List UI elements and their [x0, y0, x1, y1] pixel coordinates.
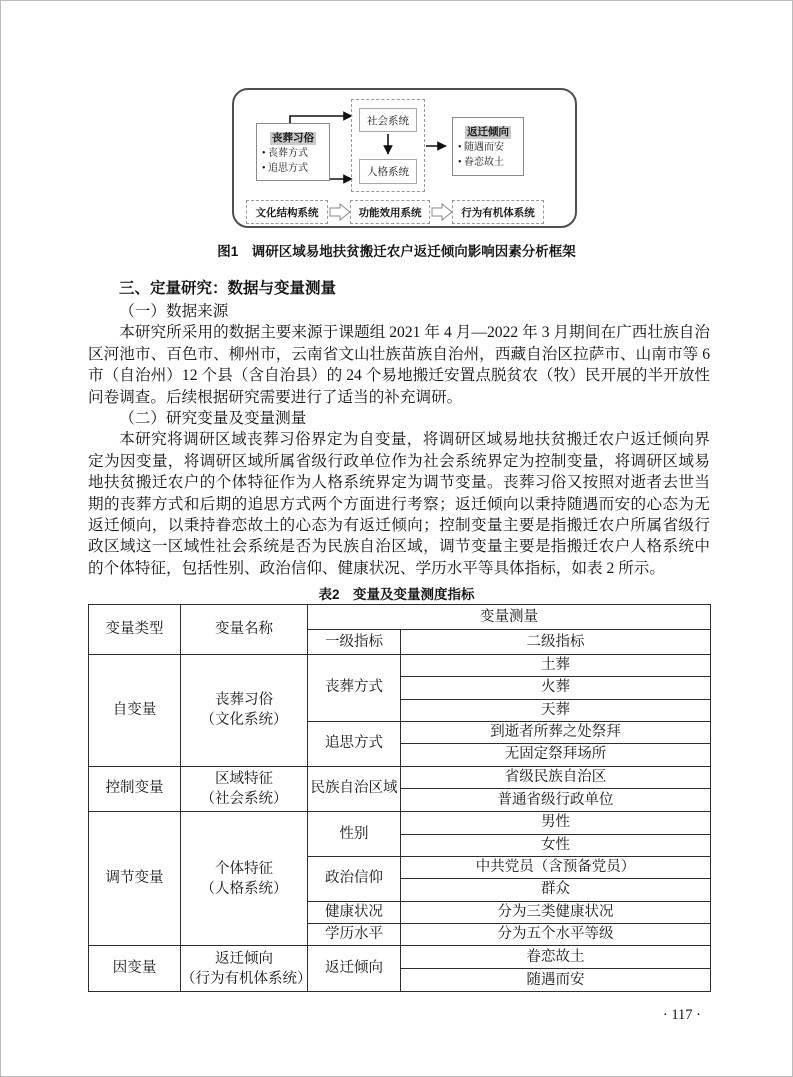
figure-box-title: 返迁倾向	[465, 126, 511, 139]
table-row: 控制变量 区域特征 （社会系统） 民族自治区域 省级民族自治区	[89, 766, 711, 789]
analysis-framework-figure: 丧葬习俗 丧葬方式 追思方式 社会系统 人格系统 返迁倾向 随遇而安 眷恋故土 …	[232, 88, 577, 228]
cell-indicator-level1: 政治信仰	[308, 856, 401, 901]
variable-name-line: 区域特征	[181, 769, 307, 789]
block-arrow-icon	[330, 204, 350, 220]
table-caption: 表2 变量及变量测度指标	[0, 583, 793, 603]
cell-indicator-level2: 到逝者所葬之处祭拜	[401, 721, 711, 743]
cell-indicator-level2: 分为五个水平等级	[401, 923, 711, 945]
cell-variable-name: 个体特征 （人格系统）	[181, 812, 308, 946]
arrow-custom-to-social	[290, 116, 352, 123]
cell-indicator-level2: 省级民族自治区	[401, 766, 711, 789]
variable-name-line: 个体特征	[181, 859, 307, 879]
cell-indicator-level2: 群众	[401, 879, 711, 901]
cell-indicator-level2: 无固定祭拜场所	[401, 744, 711, 766]
col-header-variable-type: 变量类型	[89, 605, 181, 655]
cell-indicator-level2: 女性	[401, 834, 711, 856]
cell-indicator-level1: 健康状况	[308, 901, 401, 923]
cell-indicator-level2: 随遇而安	[401, 969, 711, 992]
variable-name-line: （行为有机体系统）	[181, 969, 307, 989]
block-arrow-icon	[432, 204, 452, 220]
subsection-heading-variables: （二）研究变量及变量测量	[88, 408, 710, 429]
cell-variable-name: 区域特征 （社会系统）	[181, 766, 308, 812]
cell-indicator-level2: 火葬	[401, 677, 711, 699]
col-header-variable-measure: 变量测量	[308, 605, 711, 630]
figure-box-funeral-customs: 丧葬习俗 丧葬方式 追思方式	[256, 123, 330, 181]
section-heading: 三、定量研究：数据与变量测量	[88, 276, 741, 298]
figure-box-social-system: 社会系统	[359, 108, 417, 132]
figure-caption: 图1 调研区域易地扶贫搬迁农户返迁倾向影响因素分析框架	[0, 240, 793, 260]
body-text: （一）数据来源 本研究所采用的数据主要来源于课题组 2021 年 4 月—202…	[88, 301, 710, 579]
paper-page: 丧葬习俗 丧葬方式 追思方式 社会系统 人格系统 返迁倾向 随遇而安 眷恋故土 …	[0, 0, 793, 1077]
cell-indicator-level2: 中共党员（含预备党员）	[401, 856, 711, 878]
figure-bullet-item: 眷恋故土	[453, 155, 523, 170]
figure-bullet-item: 丧葬方式	[257, 146, 329, 161]
table-row: 自变量 丧葬习俗 （文化系统） 丧葬方式 土葬	[89, 655, 711, 677]
cell-indicator-level1: 丧葬方式	[308, 655, 401, 722]
cell-indicator-level1: 追思方式	[308, 721, 401, 766]
page-number: · 117 ·	[0, 1007, 701, 1024]
cell-indicator-level2: 分为三类健康状况	[401, 901, 711, 923]
cell-variable-type: 控制变量	[89, 766, 181, 812]
cell-indicator-level1: 性别	[308, 812, 401, 857]
figure-box-return-tendency: 返迁倾向 随遇而安 眷恋故土	[452, 117, 524, 176]
figure-bullet-item: 随遇而安	[453, 140, 523, 155]
cell-indicator-level2: 男性	[401, 812, 711, 834]
cell-variable-type: 因变量	[89, 946, 181, 992]
figure-box-behavioral-organism-system: 行为有机体系统	[452, 200, 544, 224]
variable-name-line: （文化系统）	[181, 710, 307, 730]
cell-indicator-level2: 普通省级行政单位	[401, 789, 711, 812]
col-header-level1: 一级指标	[308, 630, 401, 655]
cell-indicator-level1: 民族自治区域	[308, 766, 401, 812]
paragraph-variables: 本研究将调研区域丧葬习俗界定为自变量，将调研区域易地扶贫搬迁农户返迁倾向界定为因…	[88, 429, 710, 579]
cell-variable-type: 调节变量	[89, 812, 181, 946]
variable-name-line: 返迁倾向	[181, 949, 307, 969]
table-header-row: 变量类型 变量名称 变量测量	[89, 605, 711, 630]
cell-variable-name: 丧葬习俗 （文化系统）	[181, 655, 308, 767]
col-header-level2: 二级指标	[401, 630, 711, 655]
subsection-heading-data-source: （一）数据来源	[88, 301, 710, 322]
col-header-variable-name: 变量名称	[181, 605, 308, 655]
cell-variable-name: 返迁倾向 （行为有机体系统）	[181, 946, 308, 992]
cell-indicator-level2: 眷恋故土	[401, 946, 711, 969]
paragraph-data-source: 本研究所采用的数据主要来源于课题组 2021 年 4 月—2022 年 3 月期…	[88, 322, 710, 408]
figure-box-cultural-structure-system: 文化结构系统	[246, 200, 328, 224]
variable-name-line: 丧葬习俗	[181, 690, 307, 710]
table-row: 因变量 返迁倾向 （行为有机体系统） 返迁倾向 眷恋故土	[89, 946, 711, 969]
figure-box-personality-system: 人格系统	[359, 159, 417, 184]
variables-table: 变量类型 变量名称 变量测量 一级指标 二级指标 自变量 丧葬习俗 （文化系统）…	[88, 604, 711, 992]
cell-indicator-level2: 天葬	[401, 699, 711, 721]
variable-name-line: （社会系统）	[181, 789, 307, 809]
cell-indicator-level1: 学历水平	[308, 923, 401, 945]
cell-indicator-level2: 土葬	[401, 655, 711, 677]
table-row: 调节变量 个体特征 （人格系统） 性别 男性	[89, 812, 711, 834]
variable-name-line: （人格系统）	[181, 879, 307, 899]
figure-bullet-item: 追思方式	[257, 161, 329, 176]
cell-indicator-level1: 返迁倾向	[308, 946, 401, 992]
figure-box-title: 丧葬习俗	[270, 132, 316, 145]
cell-variable-type: 自变量	[89, 655, 181, 767]
figure-box-functional-utility-system: 功能效用系统	[350, 200, 430, 224]
